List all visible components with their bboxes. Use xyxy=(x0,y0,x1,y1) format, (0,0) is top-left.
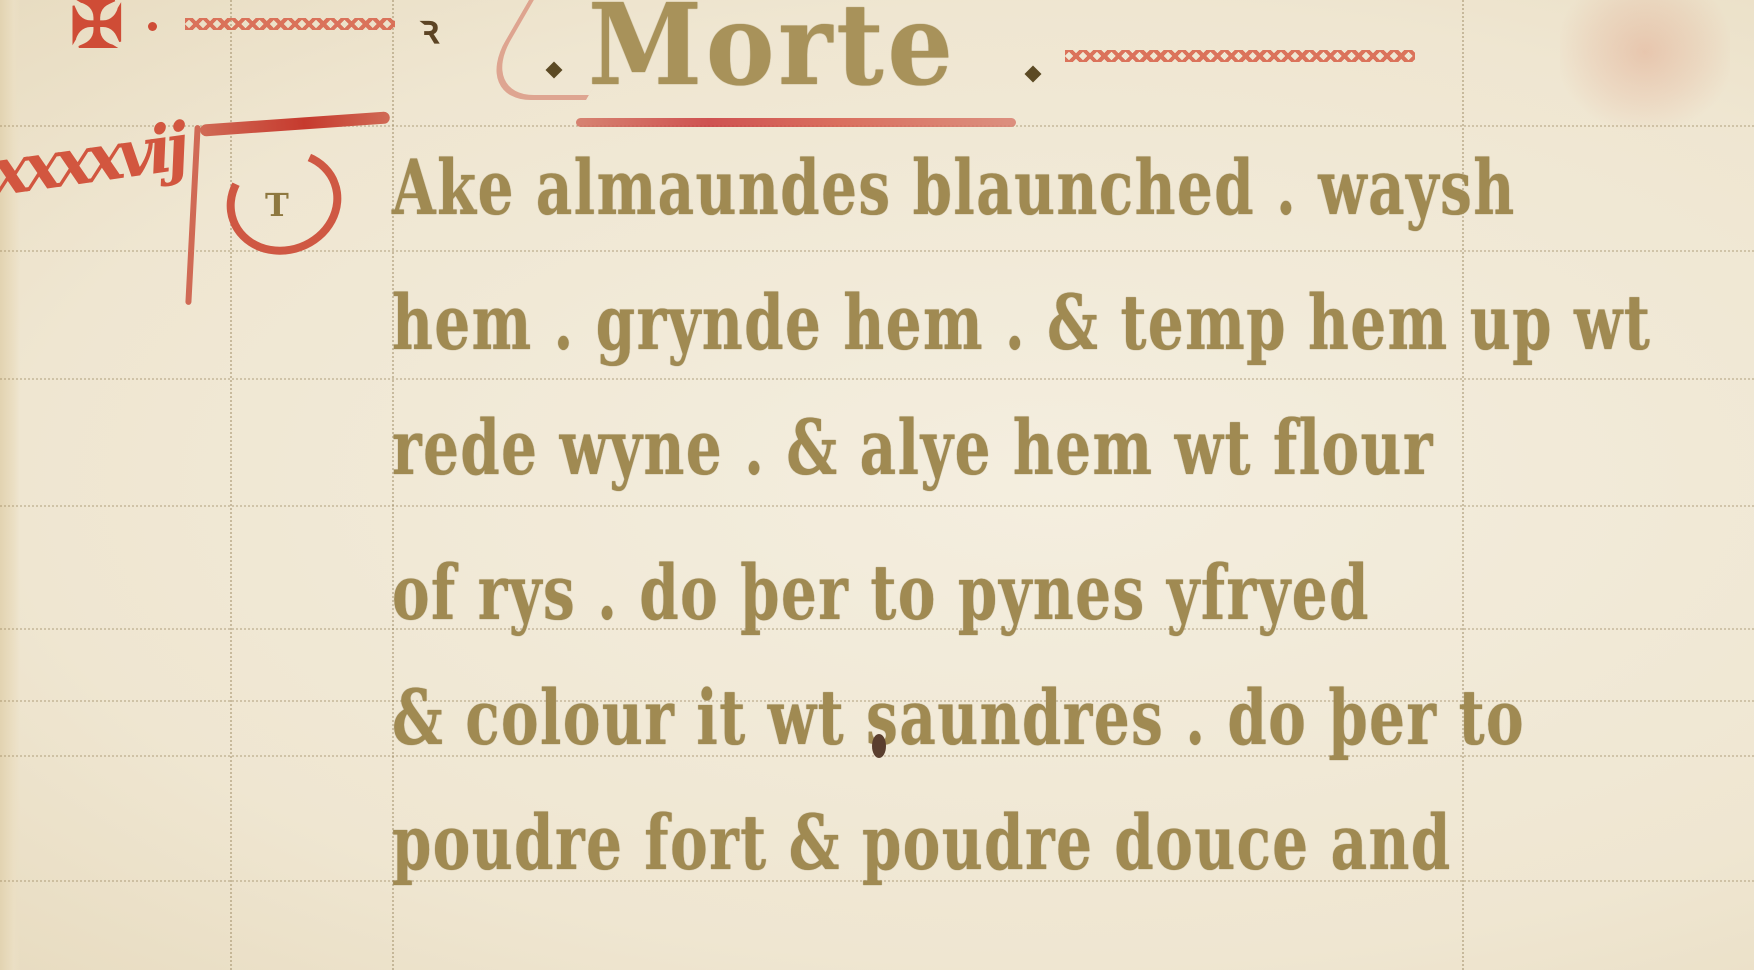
ruling-line xyxy=(0,378,1754,380)
text-line-6: poudre fort & poudre douce and xyxy=(392,805,1191,881)
wavy-red-line xyxy=(1065,50,1415,62)
paragraph-mark-letter: T xyxy=(265,186,289,224)
rubric-underline xyxy=(576,118,1016,127)
text-line-1: Ake almaundes blaunched . waysh xyxy=(392,150,1191,226)
punctus-dot xyxy=(1025,66,1042,83)
red-stain xyxy=(1560,0,1730,130)
recipe-number: xxxxvij xyxy=(0,114,187,206)
red-cross-icon: ✠ xyxy=(70,0,124,58)
text-line-5: & colour it wt saundres . do þer to xyxy=(392,680,1191,756)
text-line-4: of rys . do þer to pynes yfryed xyxy=(392,555,1191,631)
ruling-line-vertical xyxy=(230,0,232,970)
paragraph-mark-stem xyxy=(185,125,200,305)
text-line-2: hem . grynde hem . & temp hem up wt xyxy=(392,285,1191,361)
ink-blot xyxy=(872,734,886,758)
top-scribble: ꝛ xyxy=(420,0,439,55)
ruling-line xyxy=(0,505,1754,507)
wavy-red-line xyxy=(185,18,395,30)
rubric-heading: Morte xyxy=(588,0,957,102)
paragraph-mark-flourish xyxy=(200,111,390,136)
text-line-3: rede wyne . & alye hem wt flour xyxy=(392,410,1191,486)
red-dot xyxy=(148,22,157,31)
